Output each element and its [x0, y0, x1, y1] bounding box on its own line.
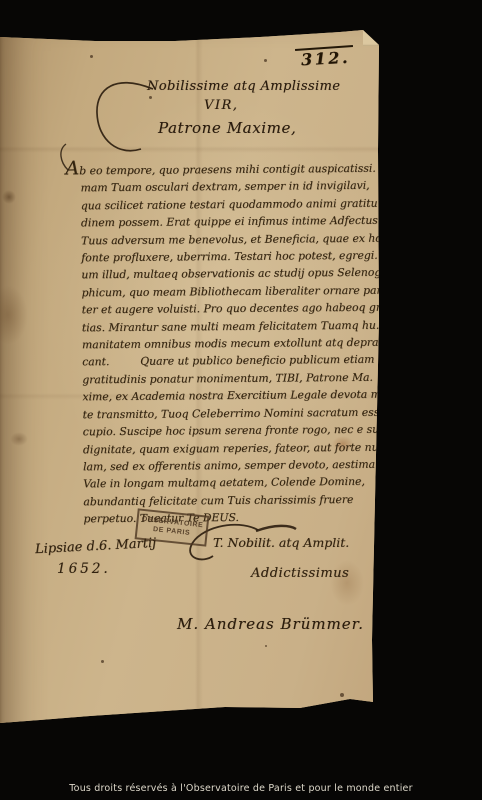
foxing-speck — [340, 693, 344, 697]
body-line: ter et augere voluisti. Pro quo decentes… — [82, 299, 382, 319]
signature: M. Andreas Brümmer. — [177, 615, 364, 633]
manuscript-paper: 312. Nobilissime atq Amplissime VIR, Pat… — [0, 0, 482, 800]
salutation-line-1: Nobilissime atq Amplissime — [147, 79, 340, 94]
body-line: dinem possem. Erat quippe ei infimus int… — [81, 212, 381, 232]
salutation-line-3: Patrone Maxime, — [158, 119, 296, 137]
body-line: xime, ex Academia nostra Exercitium Lega… — [82, 386, 382, 406]
body-line: cupio. Suscipe hoc ipsum serena fronte r… — [83, 421, 383, 441]
letter-body: Ab eo tempore, quo praesens mihi contigi… — [80, 158, 383, 528]
paper-stain — [0, 285, 28, 345]
paper-stain — [2, 190, 16, 204]
paper-stain — [10, 432, 28, 446]
body-line: Vale in longam multamq aetatem, Colende … — [83, 473, 383, 493]
date-year: 1652. — [57, 561, 111, 577]
foxing-speck — [264, 59, 267, 62]
salutation-line-2: VIR, — [204, 98, 238, 113]
foxing-speck — [90, 55, 93, 58]
place-and-date: Lipsiae d.6. Martij — [35, 536, 157, 557]
body-line: abundantiq felicitate cum Tuis charissim… — [83, 490, 383, 510]
foxing-speck — [101, 660, 104, 663]
valediction-line-2: Addictissimus — [251, 566, 349, 581]
valediction-line-1: T. Nobilit. atq Amplit. — [213, 535, 349, 550]
body-line: perpetuo. Tueatur Te DEUS. — [83, 508, 383, 528]
copyright-caption: Tous droits réservés à l'Observatoire de… — [0, 783, 482, 794]
folded-corner — [361, 29, 380, 47]
scanned-letter-photo: 312. Nobilissime atq Amplissime VIR, Pat… — [0, 0, 482, 800]
foxing-speck — [149, 96, 152, 99]
foxing-speck — [265, 645, 267, 647]
page-number: 312. — [301, 48, 351, 70]
